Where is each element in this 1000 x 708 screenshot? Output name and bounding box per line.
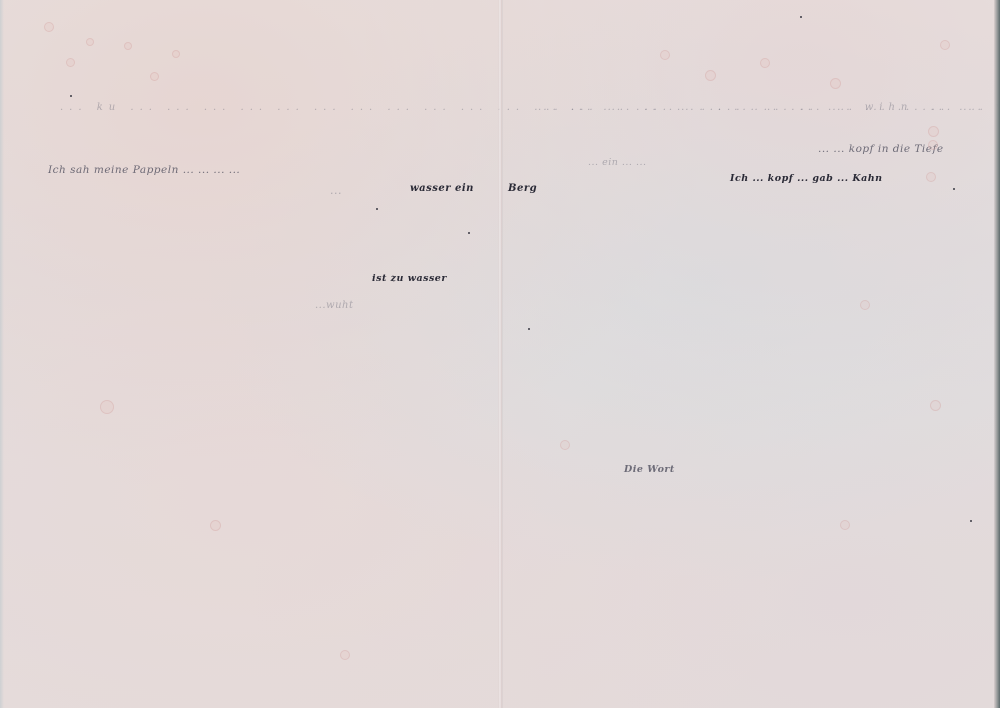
left-page: ... ku ... ... ... ... ... ... ... ... .… xyxy=(0,0,500,708)
ink-speck xyxy=(70,95,72,97)
foxing-spot xyxy=(172,50,180,58)
foxing-spot xyxy=(660,50,670,60)
document-spread: ... ku ... ... ... ... ... ... ... ... .… xyxy=(0,0,1000,708)
foxing-spot xyxy=(100,400,114,414)
foxing-spot xyxy=(705,70,716,81)
foxing-spot xyxy=(840,520,850,530)
foxing-spot xyxy=(940,40,950,50)
handwriting-line: Die Wort xyxy=(624,464,675,475)
foxing-spot xyxy=(86,38,94,46)
handwriting-fragment: ... xyxy=(330,184,342,197)
ink-speck xyxy=(800,16,802,18)
handwriting-fragment: ... ein ... ... xyxy=(588,157,647,168)
foxing-spot xyxy=(124,42,132,50)
handwriting-line: ist zu wasser xyxy=(372,273,447,284)
handwriting-fragment: ...wuht xyxy=(315,300,354,311)
foxing-spot xyxy=(150,72,159,81)
handwriting-line: wasser ein xyxy=(410,183,474,194)
handwriting-line: ... ... ... ... ... ... ... ... ... ... … xyxy=(538,102,1000,113)
foxing-spot xyxy=(44,22,54,32)
ink-speck xyxy=(528,328,530,330)
ink-speck xyxy=(970,520,972,522)
foxing-spot xyxy=(928,126,939,137)
page-right-edge xyxy=(994,0,1000,708)
foxing-spot xyxy=(926,172,936,182)
handwriting-line: Ich sah meine Pappeln ... ... ... ... xyxy=(48,164,240,176)
foxing-spot xyxy=(66,58,75,67)
foxing-spot xyxy=(928,140,938,150)
ink-speck xyxy=(468,232,470,234)
ink-speck xyxy=(953,188,955,190)
handwriting-word: Berg xyxy=(508,183,537,194)
foxing-spot xyxy=(930,400,941,411)
foxing-spot xyxy=(560,440,570,450)
foxing-spot xyxy=(830,78,841,89)
right-page: ... ... ... ... ... ... ... ... ... ... … xyxy=(500,0,1000,708)
ink-speck xyxy=(376,208,378,210)
foxing-spot xyxy=(760,58,770,68)
foxing-spot xyxy=(860,300,870,310)
foxing-spot xyxy=(210,520,221,531)
foxing-spot xyxy=(340,650,350,660)
handwriting-line: Ich ... kopf ... gab ... Kahn xyxy=(730,173,883,184)
handwriting-line: ... ... kopf in die Tiefe xyxy=(818,143,944,155)
